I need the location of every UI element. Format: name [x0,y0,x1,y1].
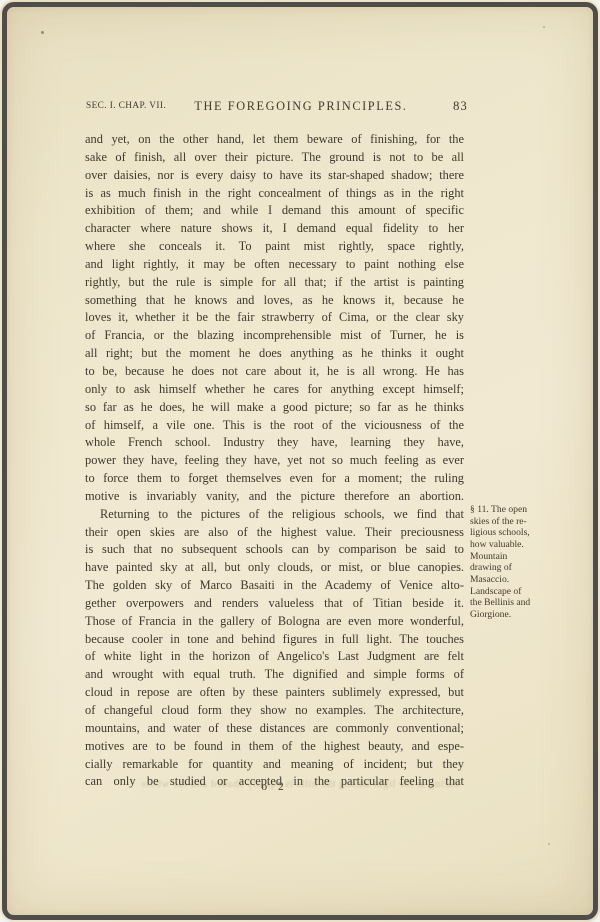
sidenote-line: skies of the re- [470,516,544,528]
text-line: of Francia, or the blazing incomprehensi… [85,327,464,345]
text-line: something that he knows and loves, as he… [85,292,464,310]
text-line: of changeful cloud form they show no exa… [85,702,464,720]
text-line: of white light in the horizon of Angelic… [85,648,464,666]
text-line: their open skies are also of the highest… [85,524,464,542]
sidenote-line: Landscape of [470,586,544,598]
book-page: SEC. I. CHAP. VII. THE FOREGOING PRINCIP… [0,0,600,922]
paragraph: Returning to the pictures of the religio… [85,506,464,792]
sidenote-line: how valuable. [470,539,544,551]
text-line: is as much finish in the right concealme… [85,185,464,203]
text-line: because cooler in tone and behind figure… [85,631,464,649]
sidenote-line: Giorgione. [470,609,544,621]
text-line: sake of finish, all over their picture. … [85,149,464,167]
showthrough-text: during at the light among the hills is e… [62,779,538,793]
text-line: cloud in repose are often by these paint… [85,684,464,702]
sidenote-line: § 11. The open [470,504,544,516]
text-line: so far as he does, he will make a good p… [85,399,464,417]
text-line: is such that no subsequent schools can b… [85,541,464,559]
paper-speck [41,31,44,34]
text-line: of himself, a vile one. This is the root… [85,417,464,435]
text-line: and light rightly, it may be often neces… [85,256,464,274]
text-line: over daisies, nor is every daisy to have… [85,167,464,185]
text-line: cially remarkable for quantity and meani… [85,756,464,774]
page-title: THE FOREGOING PRINCIPLES. [194,99,407,114]
text-line: Returning to the pictures of the religio… [85,506,464,524]
text-line: Those of Francia in the gallery of Bolog… [85,613,464,631]
text-line: to be, because he does not care about it… [85,363,464,381]
text-line: character where nature shows it, I deman… [85,220,464,238]
text-line: exhibition of them; and while I demand t… [85,202,464,220]
page-number: 83 [453,99,468,114]
text-line: where she conceals it. To paint mist rig… [85,238,464,256]
text-line: The golden sky of Marco Basaiti in the A… [85,577,464,595]
text-column: and yet, on the other hand, let them bew… [85,131,464,791]
sidenote-line: ligious schools, [470,527,544,539]
text-line: to force them to forget themselves even … [85,470,464,488]
scanned-book-page: { "page_color": "#eee6cb", "text_color":… [0,0,600,922]
text-line: gether overpowers and renders valueless … [85,595,464,613]
sidenote-line: the Bellinis and [470,597,544,609]
text-line: have painted sky at all, but only clouds… [85,559,464,577]
sidenote-line: Masaccio. [470,574,544,586]
paper-speck [543,26,545,28]
section-label: SEC. I. CHAP. VII. [86,101,166,111]
sidenote: § 11. The openskies of the re-ligious sc… [470,504,544,621]
paragraph: and yet, on the other hand, let them bew… [85,131,464,506]
text-line: mountains, and water of these distances … [85,720,464,738]
text-line: loves it, whether it be the fair strawbe… [85,309,464,327]
sidenote-line: Mountain [470,551,544,563]
text-line: whole French school. Industry they have,… [85,434,464,452]
text-line: power they have, feeling they have, yet … [85,452,464,470]
text-line: only to ask himself whether he cares for… [85,381,464,399]
sidenote-line: drawing of [470,562,544,574]
text-line: and wrought with equal truth. The dignif… [85,666,464,684]
text-line: motive is invariably vanity, and the pic… [85,488,464,506]
text-line: motives are to be found in them of the h… [85,738,464,756]
text-line: rightly, but the rule is simple for all … [85,274,464,292]
text-line: and yet, on the other hand, let them bew… [85,131,464,149]
paper-speck [548,843,550,845]
text-line: all right; but the moment he does anythi… [85,345,464,363]
